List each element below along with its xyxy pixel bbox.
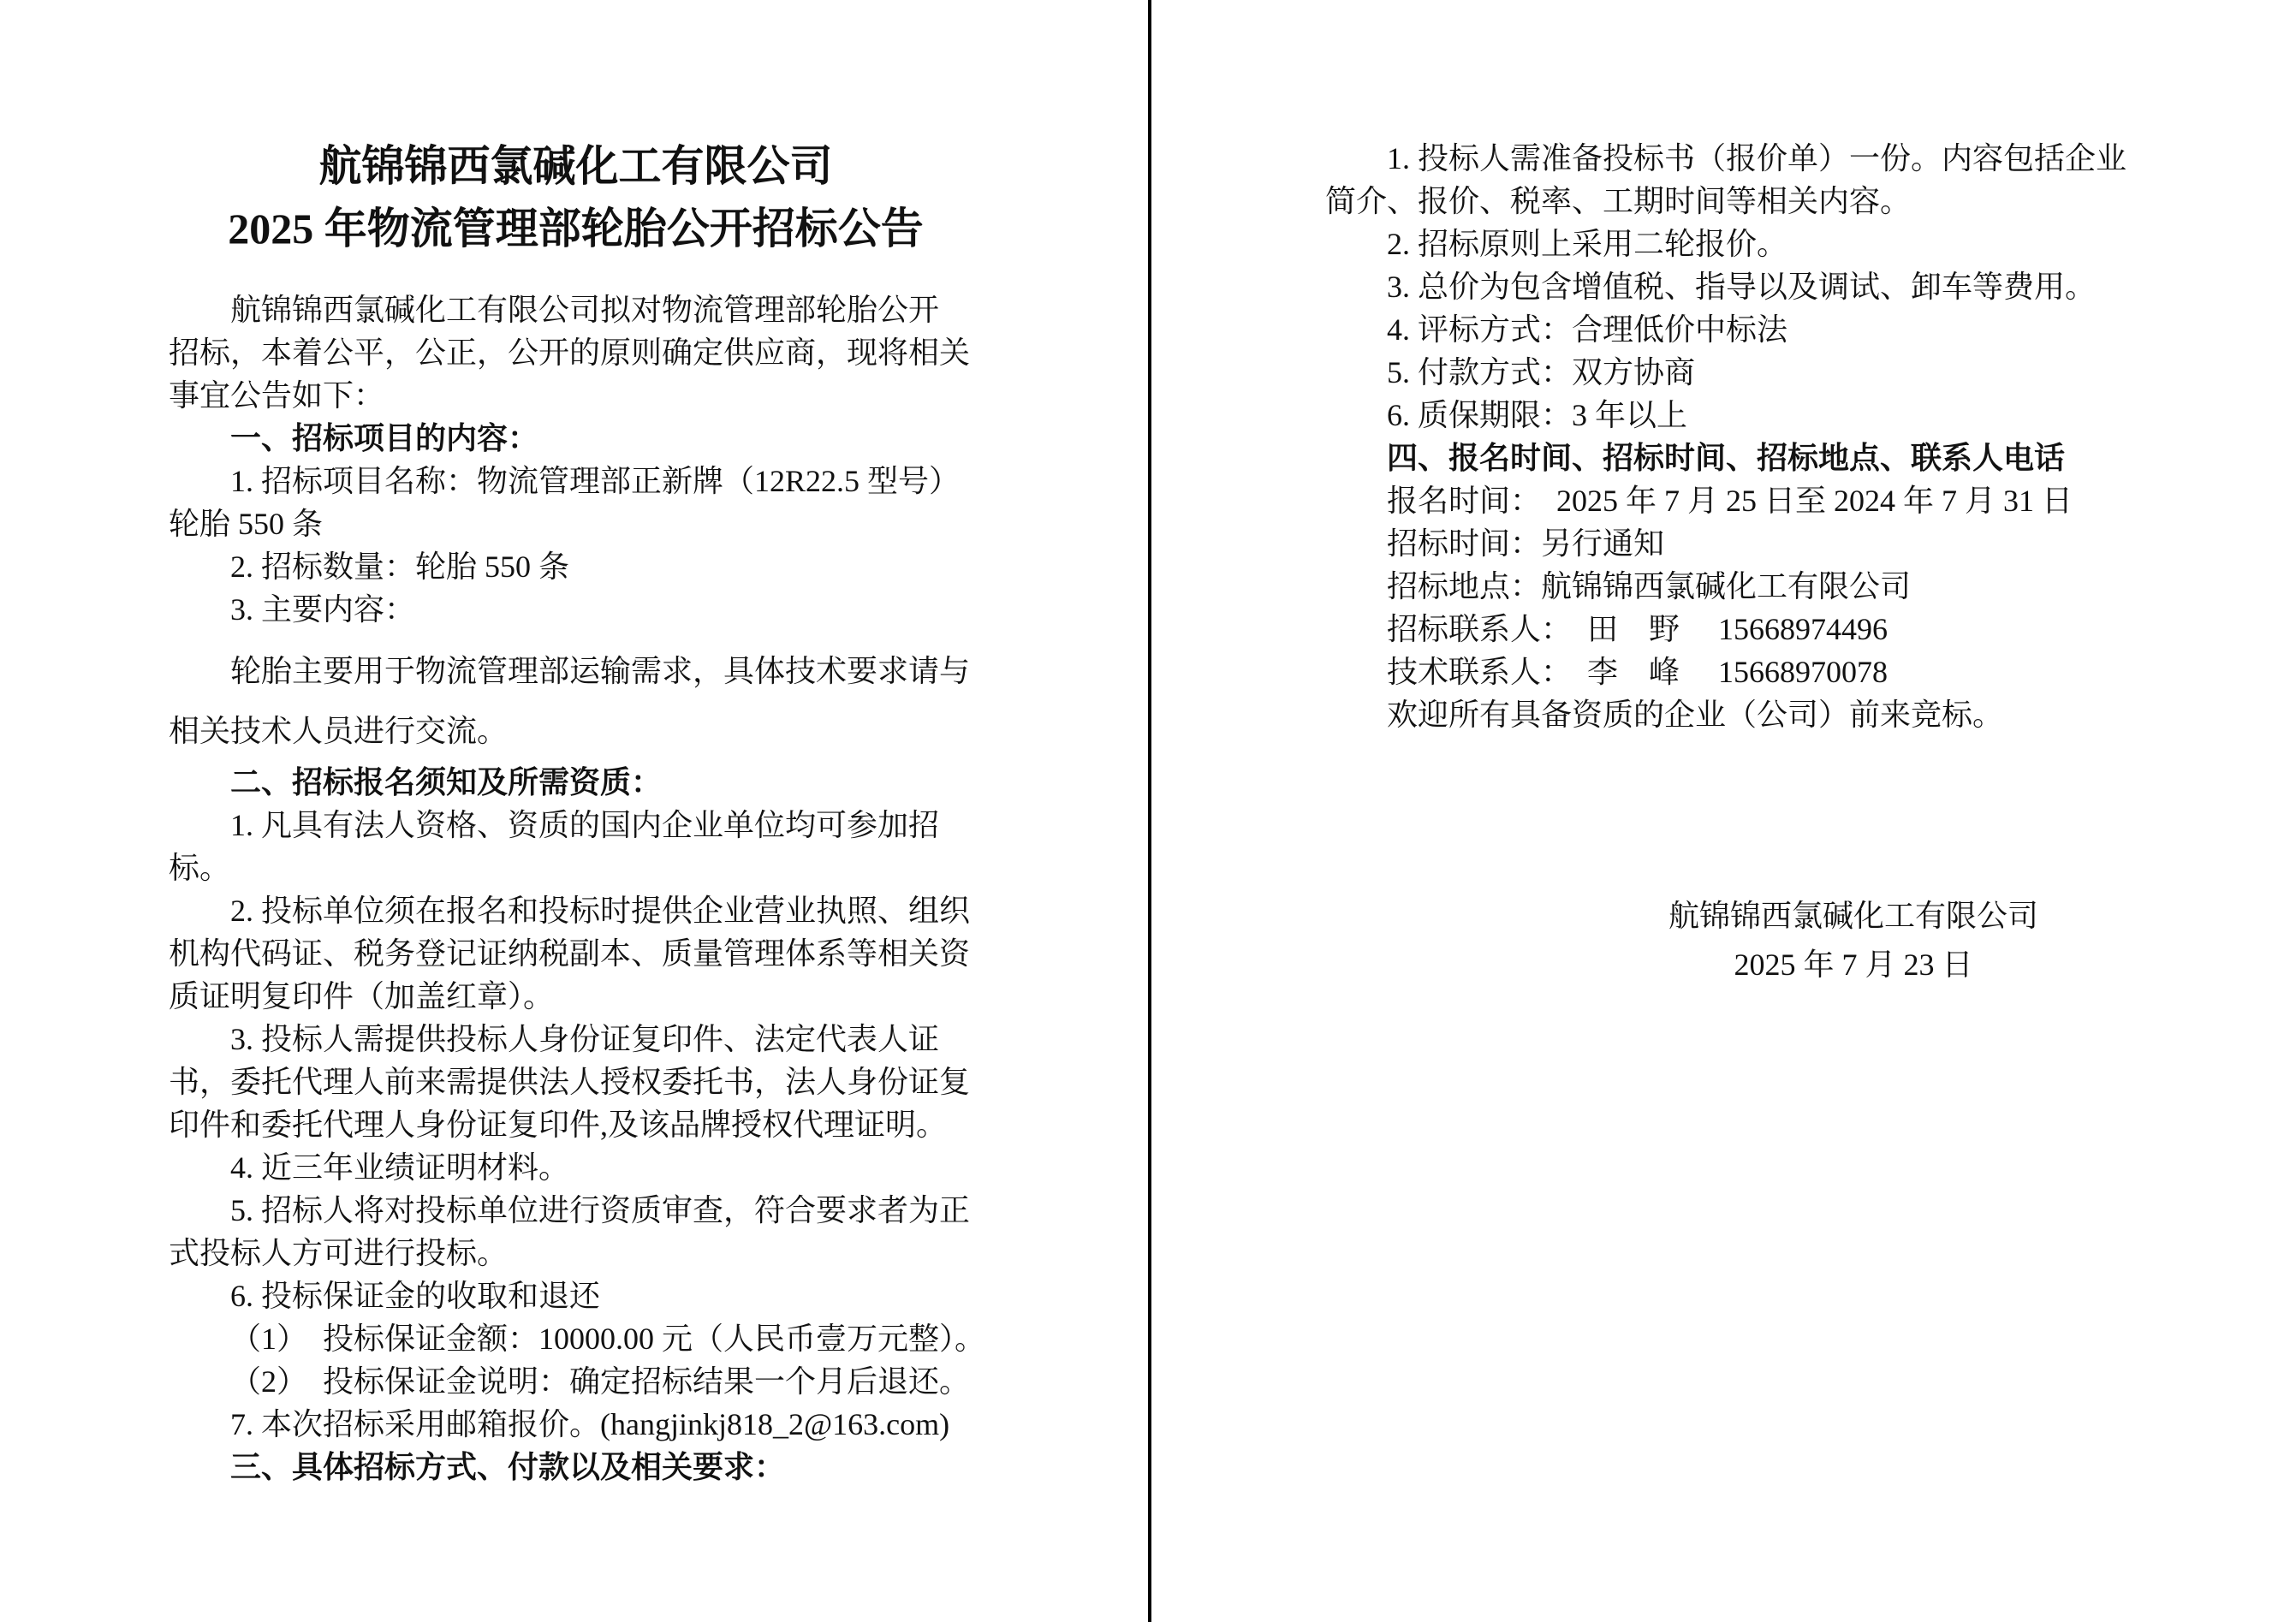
text-line: 2. 招标原则上采用二轮报价。 (1325, 223, 2190, 265)
text-line: 欢迎所有具备资质的企业（公司）前来竞标。 (1325, 693, 2190, 736)
text-line: 质证明复印件（加盖红章）。 (169, 975, 1025, 1018)
text-line: 4. 近三年业绩证明材料。 (169, 1146, 1025, 1189)
signature-date: 2025 年 7 月 23 日 (1657, 941, 2050, 989)
text-line: 3. 投标人需提供投标人身份证复印件、法定代表人证 (169, 1018, 1025, 1061)
text-line: 机构代码证、税务登记证纳税副本、质量管理体系等相关资 (169, 932, 1025, 975)
text-line: 1. 招标项目名称：物流管理部正新牌（12R22.5 型号） (169, 460, 1025, 502)
text-line: （1） 投标保证金额：10000.00 元（人民币壹万元整）。 (169, 1317, 1025, 1360)
text-line: 书，委托代理人前来需提供法人授权委托书，法人身份证复 (169, 1061, 1025, 1103)
right-page-body: 1. 投标人需准备投标书（报价单）一份。内容包括企业简介、报价、税率、工期时间等… (1325, 137, 2190, 736)
title-line-company: 航锦锦西氯碱化工有限公司 (86, 135, 1066, 198)
text-line: 5. 招标人将对投标单位进行资质审查，符合要求者为正 (169, 1189, 1025, 1232)
text-line: 报名时间： 2025 年 7 月 25 日至 2024 年 7 月 31 日 (1325, 479, 2190, 522)
text-line: 招标，本着公平，公正，公开的原则确定供应商，现将相关 (169, 331, 1025, 374)
text-line: 招标地点：航锦锦西氯碱化工有限公司 (1325, 565, 2190, 608)
title-line-subject: 2025 年物流管理部轮胎公开招标公告 (86, 198, 1066, 260)
text-line: （2） 投标保证金说明：确定招标结果一个月后退还。 (169, 1360, 1025, 1403)
page-right: 1. 投标人需准备投标书（报价单）一份。内容包括企业简介、报价、税率、工期时间等… (1151, 0, 2296, 1622)
text-line: 3. 主要内容： (169, 588, 1025, 631)
text-line: 航锦锦西氯碱化工有限公司拟对物流管理部轮胎公开 (169, 288, 1025, 331)
section-heading: 二、招标报名须知及所需资质： (169, 761, 1025, 804)
text-line: 相关技术人员进行交流。 (169, 710, 1025, 752)
text-line: 2. 招标数量：轮胎 550 条 (169, 545, 1025, 588)
text-line: 5. 付款方式：双方协商 (1325, 351, 2190, 394)
text-line: 7. 本次招标采用邮箱报价。(hangjinkj818_2@163.com) (169, 1403, 1025, 1446)
section-heading: 一、招标项目的内容： (169, 417, 1025, 460)
text-line: 技术联系人： 李 峰 15668970078 (1325, 651, 2190, 693)
text-line: 轮胎 550 条 (169, 502, 1025, 545)
document-canvas: 航锦锦西氯碱化工有限公司 2025 年物流管理部轮胎公开招标公告 航锦锦西氯碱化… (0, 0, 2296, 1622)
section-heading: 三、具体招标方式、付款以及相关要求： (169, 1446, 1025, 1488)
text-line: 轮胎主要用于物流管理部运输需求，具体技术要求请与 (169, 650, 1025, 692)
text-line: 6. 投标保证金的收取和退还 (169, 1274, 1025, 1317)
text-line: 1. 凡具有法人资格、资质的国内企业单位均可参加招 (169, 804, 1025, 847)
document-title: 航锦锦西氯碱化工有限公司 2025 年物流管理部轮胎公开招标公告 (86, 135, 1066, 260)
text-line: 事宜公告如下： (169, 374, 1025, 417)
text-line: 简介、报价、税率、工期时间等相关内容。 (1325, 180, 2190, 223)
text-line: 标。 (169, 847, 1025, 889)
text-line: 4. 评标方式：合理低价中标法 (1325, 308, 2190, 351)
text-line: 3. 总价为包含增值税、指导以及调试、卸车等费用。 (1325, 265, 2190, 308)
text-line: 1. 投标人需准备投标书（报价单）一份。内容包括企业 (1325, 137, 2190, 180)
page-left: 航锦锦西氯碱化工有限公司 2025 年物流管理部轮胎公开招标公告 航锦锦西氯碱化… (0, 0, 1148, 1622)
text-line: 6. 质保期限：3 年以上 (1325, 394, 2190, 437)
section-heading: 四、报名时间、招标时间、招标地点、联系人电话 (1325, 437, 2190, 479)
left-page-body: 航锦锦西氯碱化工有限公司拟对物流管理部轮胎公开招标，本着公平，公正，公开的原则确… (169, 288, 1025, 1488)
text-line: 招标联系人： 田 野 15668974496 (1325, 608, 2190, 651)
text-line: 2. 投标单位须在报名和投标时提供企业营业执照、组织 (169, 889, 1025, 932)
signature-company: 航锦锦西氯碱化工有限公司 (1657, 892, 2050, 941)
text-line: 招标时间：另行通知 (1325, 522, 2190, 565)
text-line: 式投标人方可进行投标。 (169, 1232, 1025, 1274)
signature-block: 航锦锦西氯碱化工有限公司 2025 年 7 月 23 日 (1657, 892, 2050, 989)
text-line: 印件和委托代理人身份证复印件,及该品牌授权代理证明。 (169, 1103, 1025, 1146)
